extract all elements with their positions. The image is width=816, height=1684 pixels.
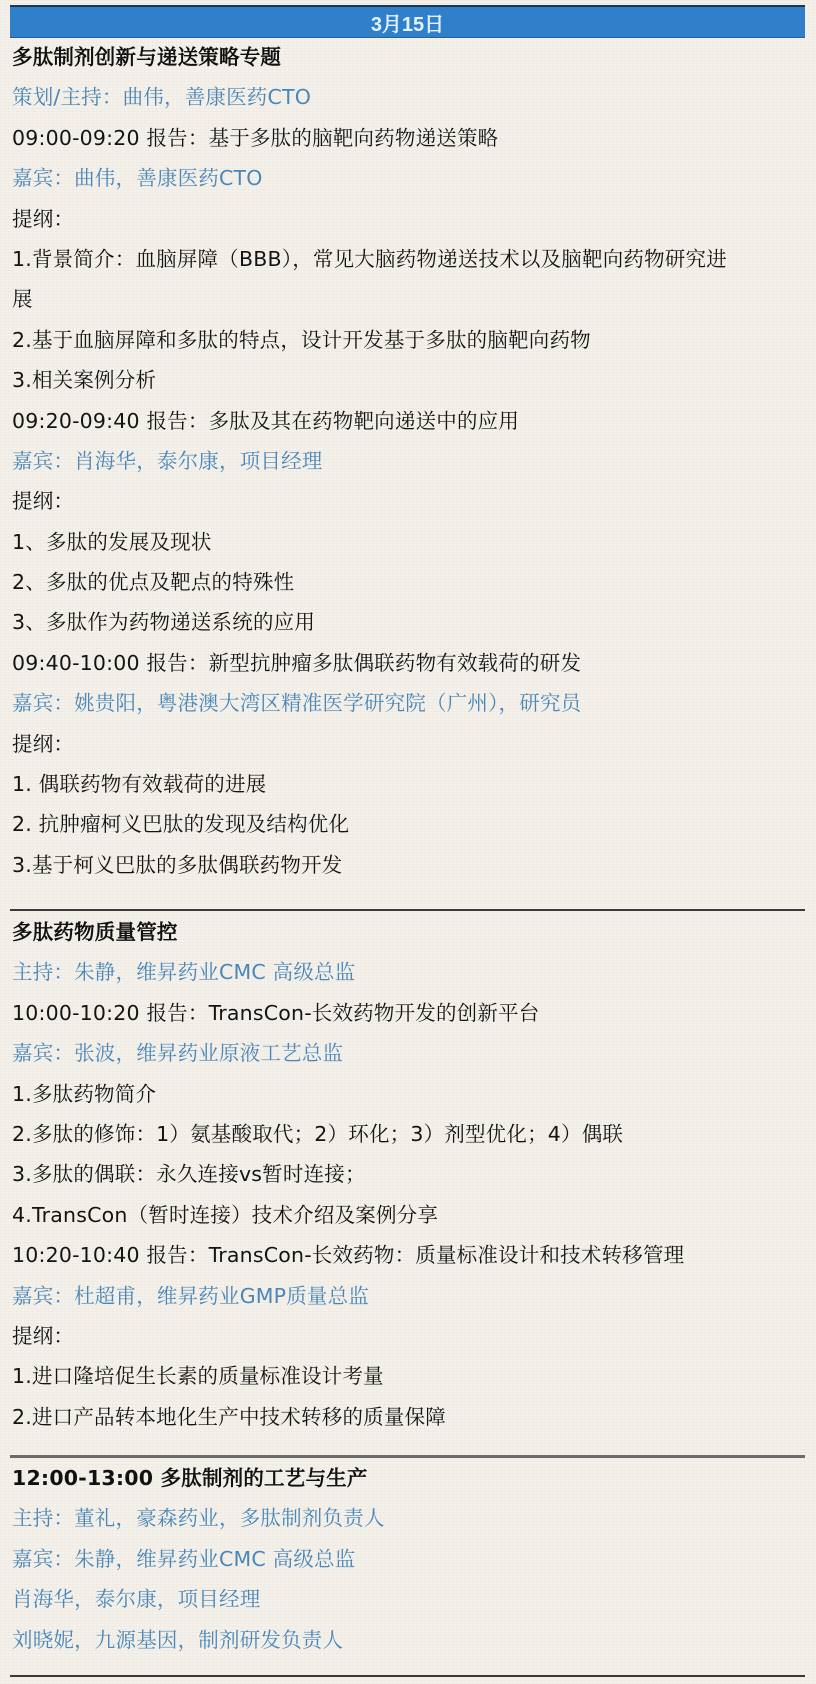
- outline-item: 2、多肽的优点及靶点的特殊性: [12, 562, 807, 602]
- talk-speaker: 嘉宾：姚贵阳，粤港澳大湾区精准医学研究院（广州），研究员: [12, 683, 807, 723]
- talk-time-title: 09:00-09:20 报告：基于多肽的脑靶向药物递送策略: [12, 118, 807, 158]
- outline-item: 1、多肽的发展及现状: [12, 522, 807, 562]
- talk-item: 09:00-09:20 报告：基于多肽的脑靶向药物递送策略 嘉宾：曲伟，善康医药…: [12, 118, 807, 401]
- talk-speaker: 嘉宾：张波，维昇药业原液工艺总监: [12, 1033, 807, 1073]
- date-header-label: 3月15日: [371, 8, 444, 37]
- outline-item: 1.多肽药物简介: [12, 1074, 807, 1114]
- talk-time-title: 10:00-10:20 报告：TransCon-长效药物开发的创新平台: [12, 993, 807, 1033]
- talk-time-title: 10:20-10:40 报告：TransCon-长效药物：质量标准设计和技术转移…: [12, 1235, 807, 1275]
- talk-item: 10:20-10:40 报告：TransCon-长效药物：质量标准设计和技术转移…: [12, 1235, 807, 1437]
- section-host: 策划/主持：曲伟，善康医药CTO: [12, 77, 807, 117]
- section-title: 12:00-13:00 多肽制剂的工艺与生产: [12, 1458, 807, 1498]
- guest-item: 刘晓妮，九源基因，制剂研发负责人: [12, 1620, 807, 1660]
- talk-speaker: 嘉宾：杜超甫，维昇药业GMP质量总监: [12, 1276, 807, 1316]
- outline-label: 提纲：: [12, 1316, 807, 1356]
- outline-item: 4.TransCon（暂时连接）技术介绍及案例分享: [12, 1195, 807, 1235]
- talk-item: 10:00-10:20 报告：TransCon-长效药物开发的创新平台 嘉宾：张…: [12, 993, 807, 1235]
- outline-item: 3.相关案例分析: [12, 360, 807, 400]
- section-host: 主持：朱静，维昇药业CMC 高级总监: [12, 952, 807, 992]
- talk-item: 09:40-10:00 报告：新型抗肿瘤多肽偶联药物有效载荷的研发 嘉宾：姚贵阳…: [12, 643, 807, 885]
- talk-time-title: 09:40-10:00 报告：新型抗肿瘤多肽偶联药物有效载荷的研发: [12, 643, 807, 683]
- guest-item: 嘉宾：朱静，维昇药业CMC 高级总监: [12, 1539, 807, 1579]
- guest-item: 肖海华，泰尔康，项目经理: [12, 1579, 807, 1619]
- section-divider: [10, 909, 805, 911]
- outline-item: 1.背景简介：血脑屏障（BBB），常见大脑药物递送技术以及脑靶向药物研究进: [12, 239, 807, 279]
- outline-item: 2.基于血脑屏障和多肽的特点，设计开发基于多肽的脑靶向药物: [12, 320, 807, 360]
- section-peptide-delivery: 多肽制剂创新与递送策略专题 策划/主持：曲伟，善康医药CTO 09:00-09:…: [12, 37, 807, 885]
- talk-speaker: 嘉宾：肖海华，泰尔康，项目经理: [12, 441, 807, 481]
- outline-item: 展: [12, 279, 807, 319]
- section-host: 主持：董礼，豪森药业，多肽制剂负责人: [12, 1498, 807, 1538]
- outline-item: 1.进口隆培促生长素的质量标准设计考量: [12, 1356, 807, 1396]
- talk-item: 09:20-09:40 报告：多肽及其在药物靶向递送中的应用 嘉宾：肖海华，泰尔…: [12, 401, 807, 643]
- outline-item: 3.基于柯义巴肽的多肽偶联药物开发: [12, 845, 807, 885]
- outline-item: 3、多肽作为药物递送系统的应用: [12, 602, 807, 642]
- talk-speaker: 嘉宾：曲伟，善康医药CTO: [12, 158, 807, 198]
- outline-item: 2.多肽的修饰：1）氨基酸取代；2）环化；3）剂型优化；4）偶联: [12, 1114, 807, 1154]
- outline-item: 1. 偶联药物有效载荷的进展: [12, 764, 807, 804]
- section-divider: [10, 1675, 805, 1677]
- outline-item: 3.多肽的偶联：永久连接vs暂时连接；: [12, 1154, 807, 1194]
- date-header-bar: 3月15日: [10, 5, 805, 38]
- section-title: 多肽制剂创新与递送策略专题: [12, 37, 807, 77]
- outline-label: 提纲：: [12, 199, 807, 239]
- outline-item: 2. 抗肿瘤柯义巴肽的发现及结构优化: [12, 804, 807, 844]
- outline-label: 提纲：: [12, 724, 807, 764]
- section-process-production: 12:00-13:00 多肽制剂的工艺与生产 主持：董礼，豪森药业，多肽制剂负责…: [12, 1458, 807, 1660]
- outline-item: 2.进口产品转本地化生产中技术转移的质量保障: [12, 1397, 807, 1437]
- section-title: 多肽药物质量管控: [12, 912, 807, 952]
- section-quality-control: 多肽药物质量管控 主持：朱静，维昇药业CMC 高级总监 10:00-10:20 …: [12, 912, 807, 1437]
- outline-label: 提纲：: [12, 481, 807, 521]
- talk-time-title: 09:20-09:40 报告：多肽及其在药物靶向递送中的应用: [12, 401, 807, 441]
